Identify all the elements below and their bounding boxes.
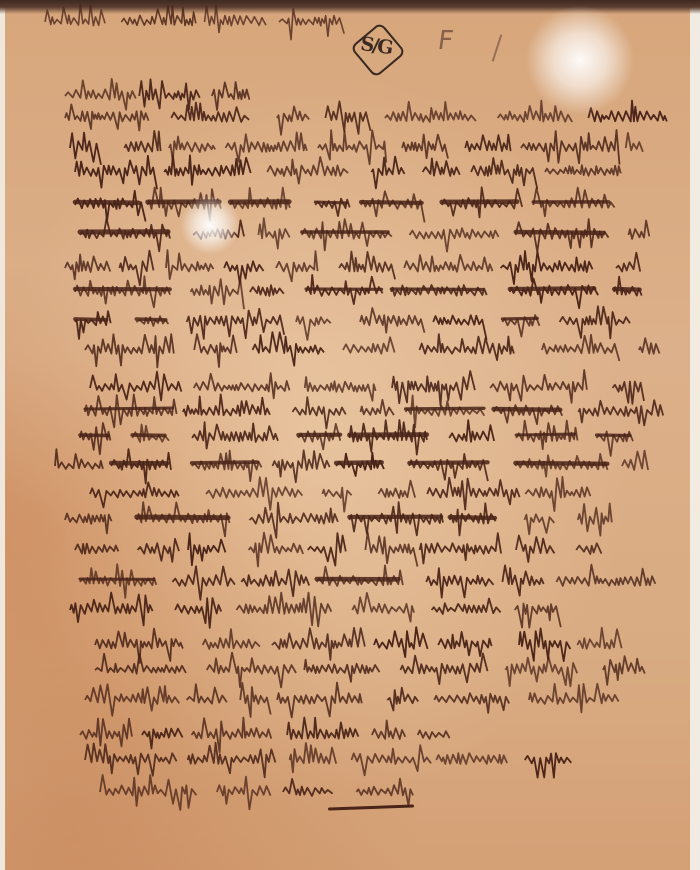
handwriting-line [75,275,642,309]
handwriting-line [55,449,648,483]
light-glare [180,195,240,255]
handwritten-text [0,0,700,870]
archive-stamp: S/G [352,24,400,72]
handwriting-line [70,130,643,165]
handwriting-line [80,718,450,753]
handwriting-line [65,79,249,110]
handwriting-line [65,502,612,538]
handwriting-line [85,683,619,718]
handwriting-line [85,743,571,778]
handwriting-line [95,627,622,663]
handwriting-line [85,332,660,367]
handwriting-line [75,155,621,189]
handwriting-line [90,477,590,512]
handwriting-line [75,187,615,222]
handwriting-line [80,218,649,252]
handwriting-line [100,775,413,810]
handwriting-line [65,250,640,285]
light-glare [525,5,635,115]
handwriting-line [75,532,602,566]
handwriting-line [70,593,561,628]
handwriting-line [80,420,633,456]
manuscript-photo: S/G F [0,0,700,870]
handwriting-line [75,306,630,340]
handwriting-line [45,4,344,40]
handwriting-line [85,394,663,428]
